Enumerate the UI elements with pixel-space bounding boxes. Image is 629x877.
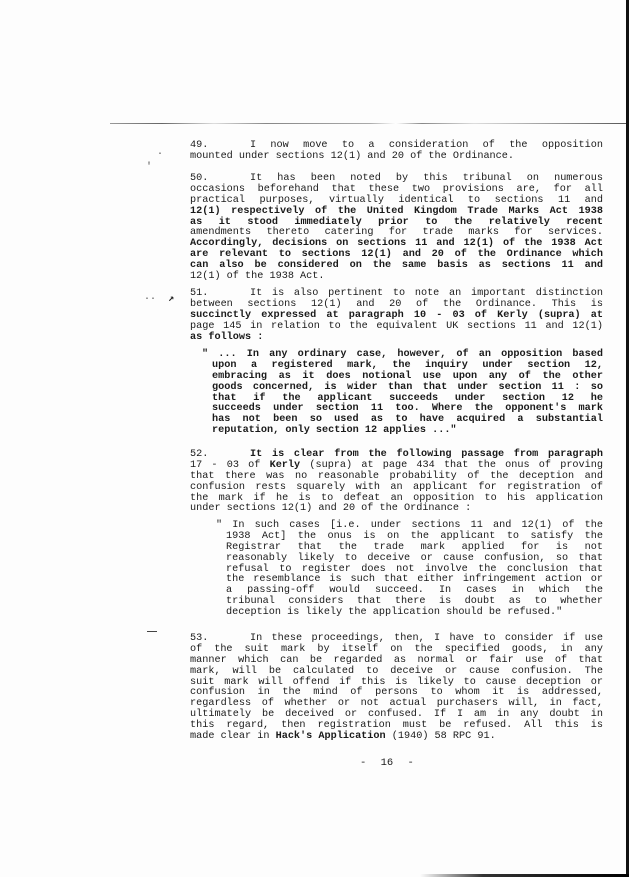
paragraph-49: 49.I now move to a consideration of the … — [190, 141, 603, 163]
text-line: 12(1) of the 1938 Act. — [190, 272, 603, 283]
text-line: confusion rests squarely with an applica… — [190, 483, 603, 494]
emphasized-term: Hack's Application — [276, 731, 386, 742]
margin-dash-mark — [147, 631, 157, 632]
paragraph-50: 50.It has been noted by this tribunal on… — [190, 174, 603, 283]
paragraph-51: 51.It is also pertinent to note an impor… — [190, 289, 603, 343]
text-line: 12(1) respectively of the United Kingdom… — [190, 207, 603, 218]
emphasized-term: Kerly — [497, 310, 528, 321]
block-quote-kerly-17-03: " In such cases [i.e. under sections 11 … — [226, 521, 603, 619]
text-line: mark, will be calculated to deceive or c… — [190, 667, 603, 678]
text-line: deception is likely the application shou… — [226, 608, 603, 619]
emphasized-term: Kerly — [270, 460, 301, 471]
text-line: made clear in Hack's Application (1940) … — [190, 732, 603, 743]
paragraph-53: 53.In these proceedings, then, I have to… — [190, 634, 603, 743]
margin-mark: ·· — [144, 294, 156, 305]
document-page: · ' ·· ↗ 49.I now move to a consideratio… — [0, 0, 629, 877]
text-line: as follows : — [190, 333, 603, 344]
scan-top-rule — [110, 123, 629, 124]
margin-arrow-mark: ↗ — [168, 293, 174, 305]
text-line: goods concerned, is wider than that unde… — [212, 383, 603, 394]
paragraph-52: 52.It is clear from the following passag… — [190, 450, 603, 515]
scan-speck: ' — [146, 162, 152, 173]
text-line: mounted under sections 12(1) and 20 of t… — [190, 152, 603, 163]
text-line: reputation, only section 12 applies ..." — [212, 426, 603, 437]
page-number: - 16 - — [360, 757, 414, 769]
text-line: page 145 in relation to the equivalent U… — [190, 322, 603, 333]
block-quote-kerly-10-03: " ... In any ordinary case, however, of … — [212, 350, 603, 437]
scan-speck: · — [157, 149, 163, 160]
text-line: under sections 12(1) and 20 of the Ordin… — [190, 504, 603, 515]
text-line: reasonably likely to deceive or cause co… — [226, 554, 603, 565]
